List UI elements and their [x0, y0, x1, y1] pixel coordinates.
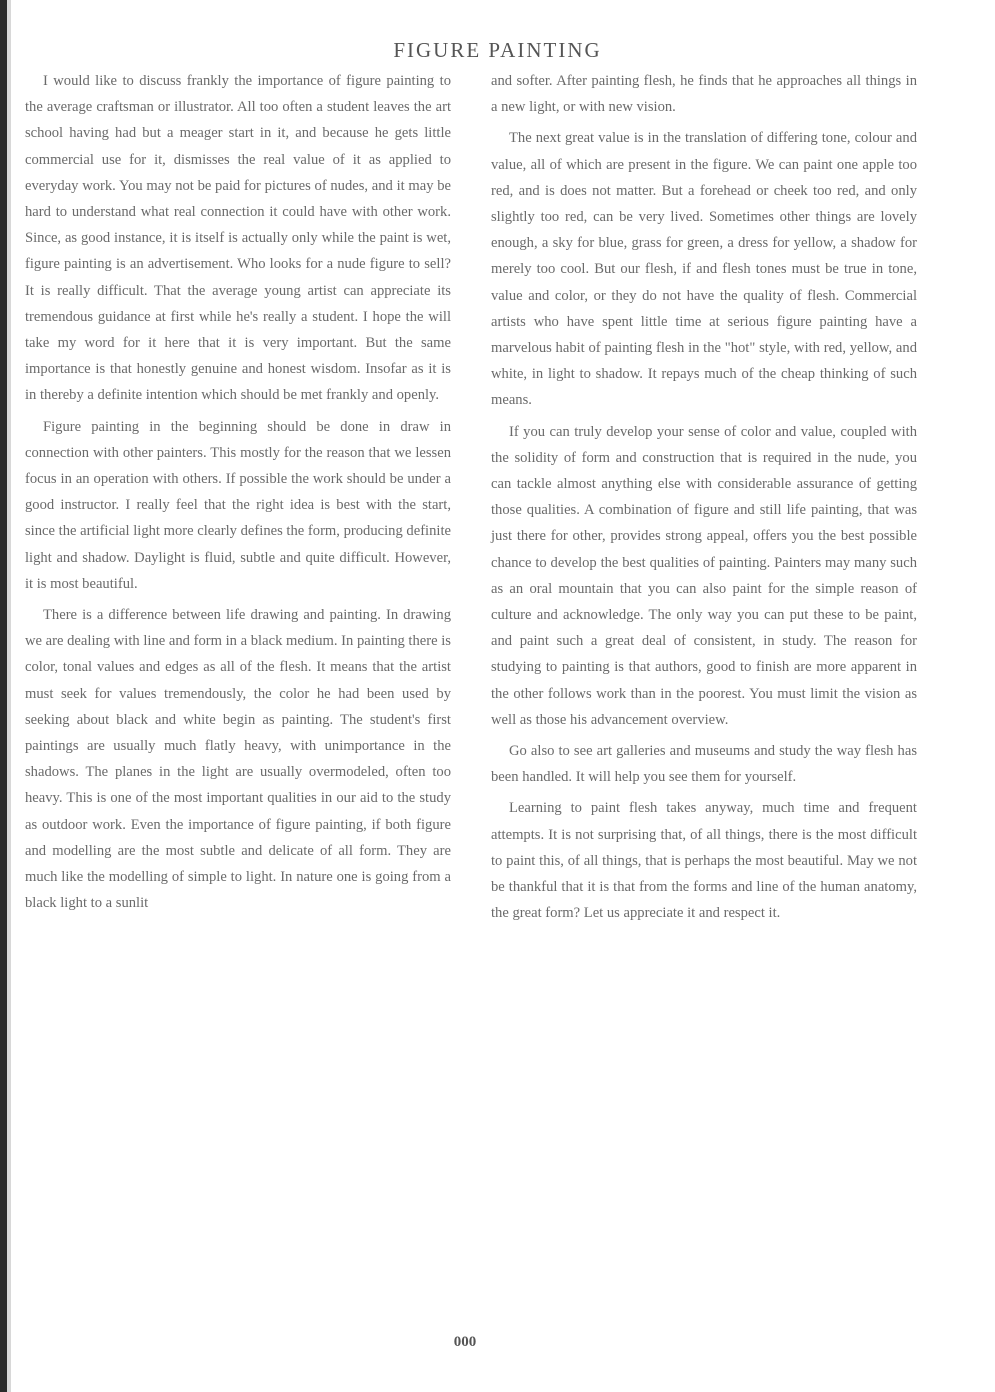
paragraph: If you can truly develop your sense of c… [491, 419, 917, 733]
left-column: I would like to discuss frankly the impo… [25, 68, 451, 922]
paragraph-continued: and softer. After painting flesh, he fin… [491, 68, 917, 120]
paragraph: I would like to discuss frankly the impo… [25, 68, 451, 409]
paragraph: There is a difference between life drawi… [25, 602, 451, 916]
paragraph: Figure painting in the beginning should … [25, 414, 451, 597]
paragraph: The next great value is in the translati… [491, 125, 917, 413]
paragraph: Learning to paint flesh takes anyway, mu… [491, 795, 917, 926]
paragraph: Go also to see art galleries and museums… [491, 738, 917, 790]
page-title: FIGURE PAINTING [0, 38, 995, 63]
page-gutter-shadow [7, 0, 11, 1392]
right-column: and softer. After painting flesh, he fin… [491, 68, 917, 932]
book-spine-edge [0, 0, 7, 1392]
page-number: 000 [0, 1334, 930, 1351]
